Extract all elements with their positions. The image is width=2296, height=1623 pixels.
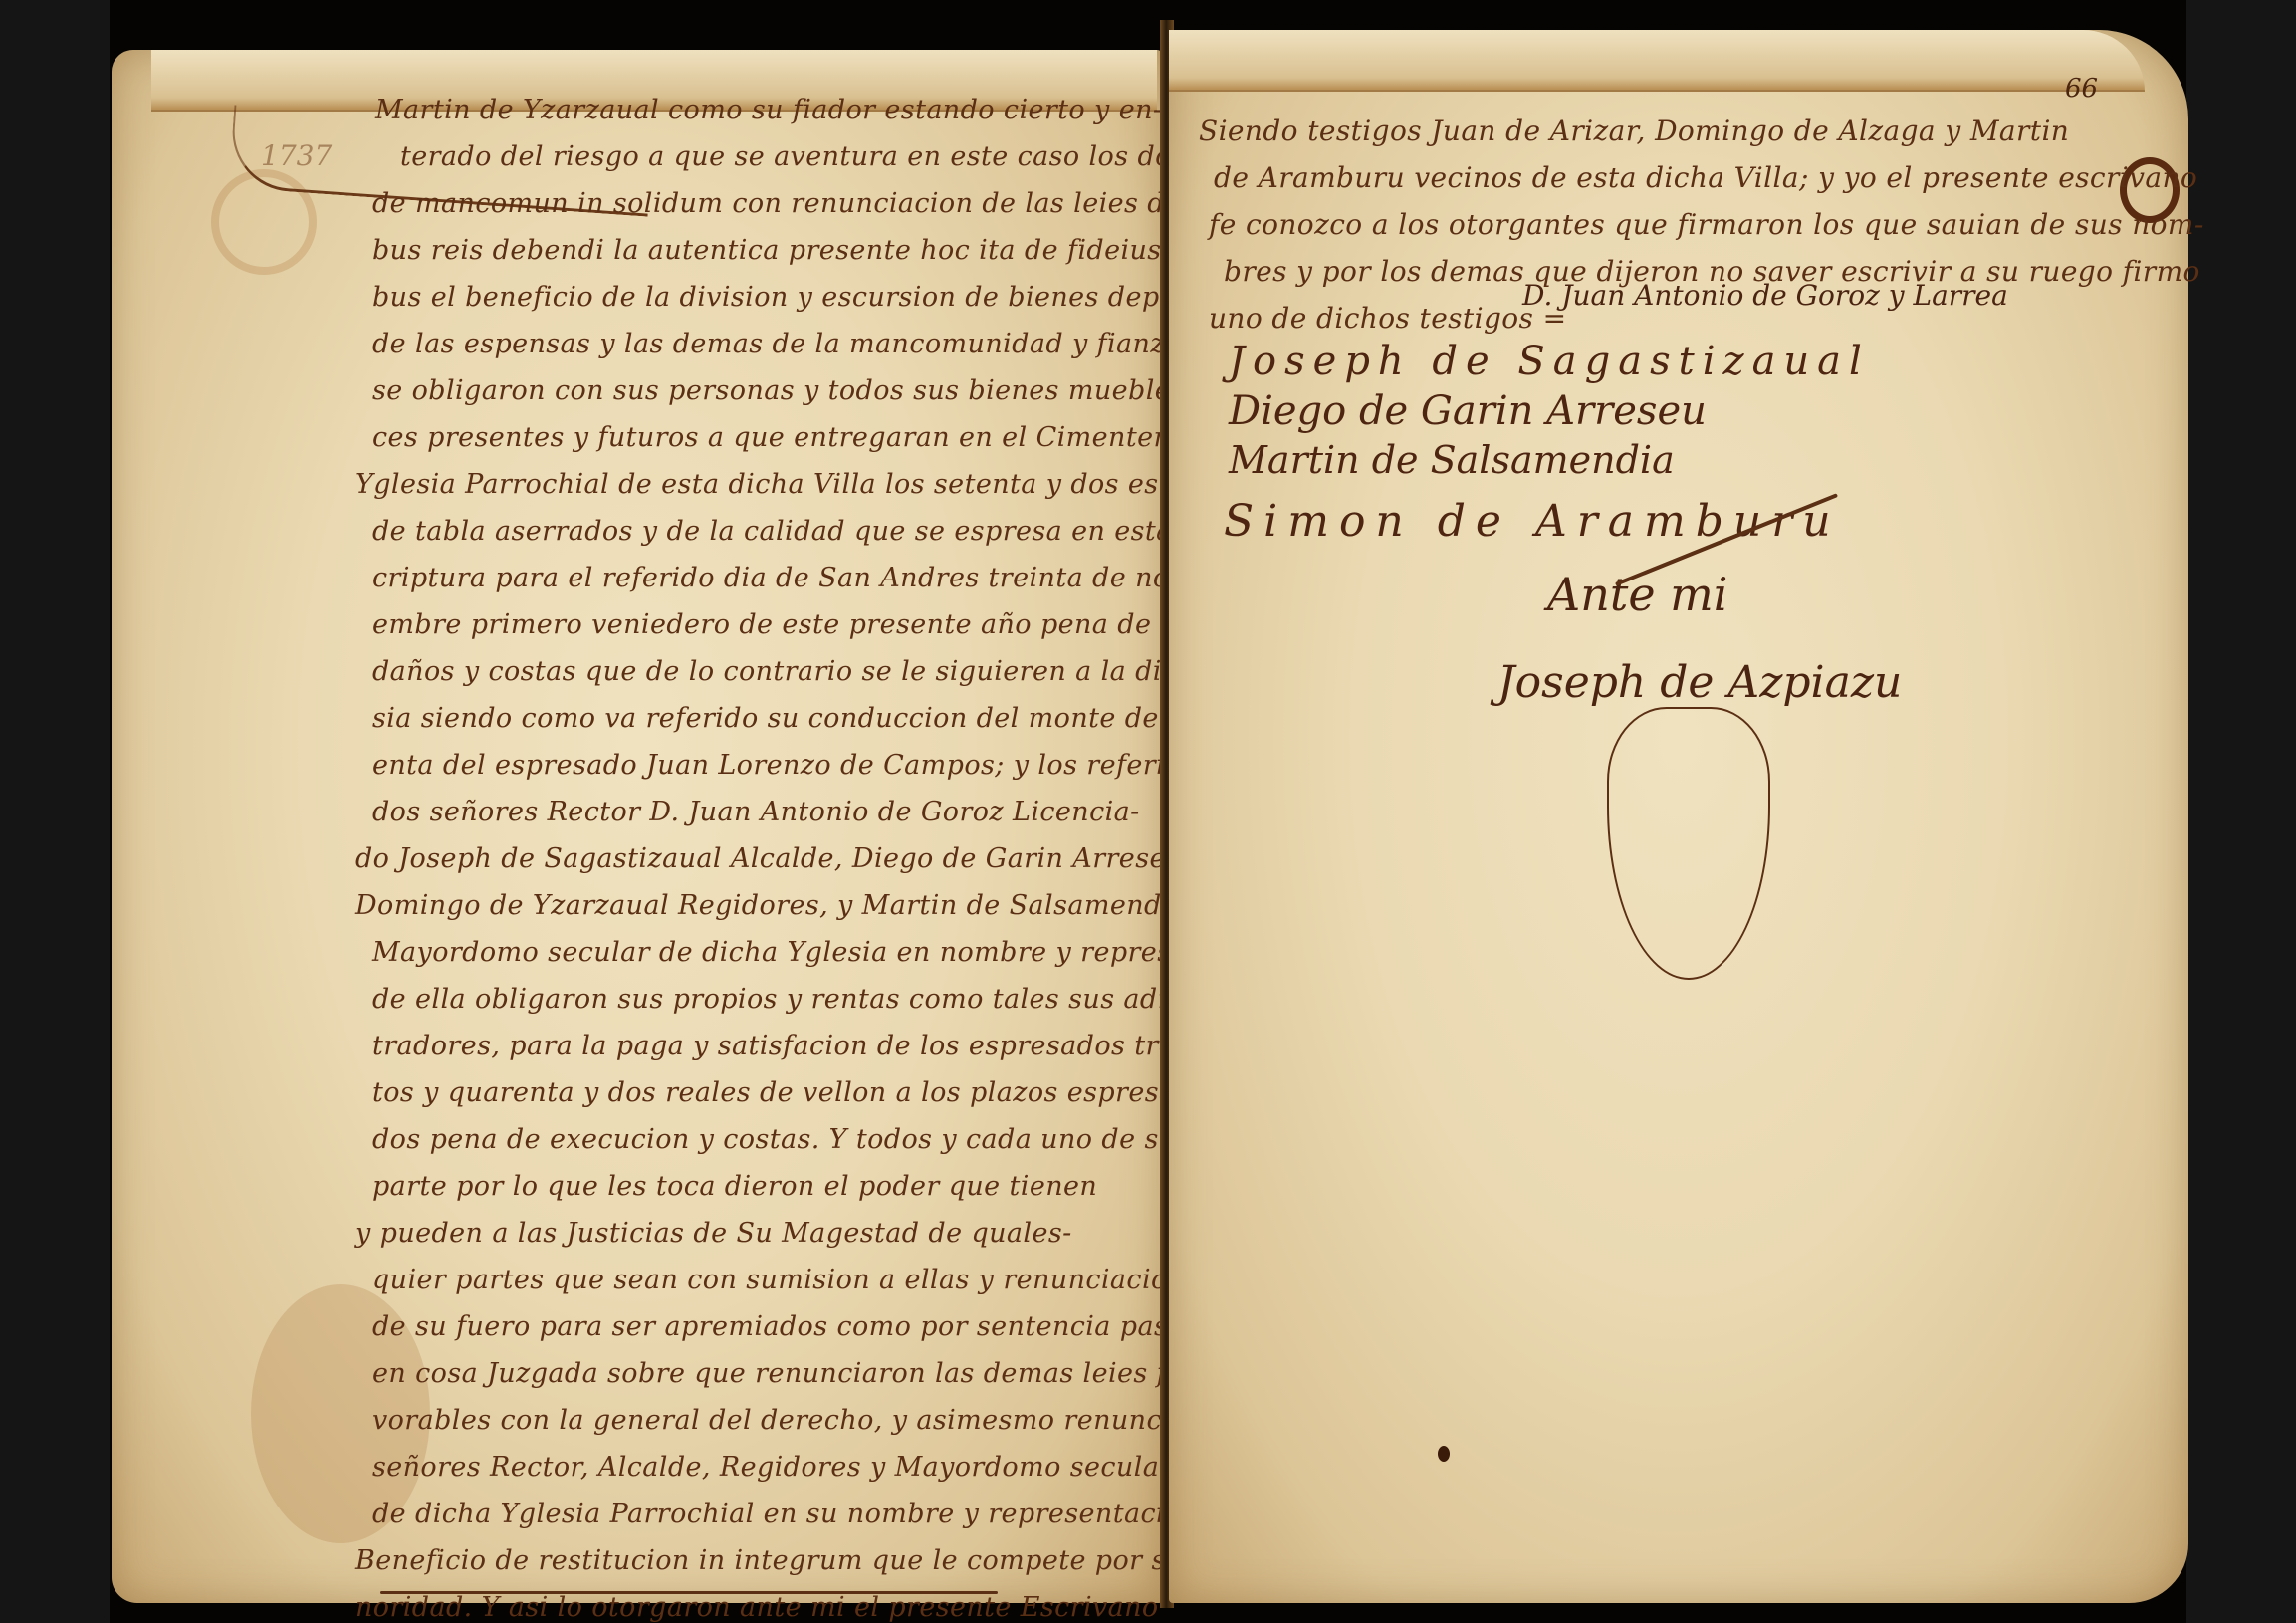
signature-garin: Diego de Garin Arreseu	[1229, 388, 1707, 434]
manuscript-line: de tabla aserrados y de la calidad que s…	[372, 516, 1222, 547]
manuscript-line: uno de dichos testigos =	[1209, 302, 1566, 335]
manuscript-line: tos y quarenta y dos reales de vellon a …	[372, 1077, 1185, 1108]
manuscript-line: Martin de Yzarzaual como su fiador estan…	[375, 95, 1162, 125]
manuscript-line: Beneficio de restitucion in integrum que…	[355, 1545, 1244, 1576]
manuscript-line: dos señores Rector D. Juan Antonio de Go…	[372, 797, 1140, 827]
signature-aramburu: Simon de Aramburu	[1224, 496, 1841, 547]
closing-rule-line	[380, 1591, 998, 1594]
folio-number: 66	[2065, 74, 2098, 104]
manuscript-line: fe conozco a los otorgantes que firmaron…	[1209, 208, 2204, 241]
left-background-bar	[0, 0, 110, 1623]
manuscript-line: bus el beneficio de la division y escurs…	[372, 282, 1227, 313]
manuscript-line: en cosa Juzgada sobre que renunciaron la…	[372, 1358, 1193, 1389]
manuscript-line: de las espensas y las demas de la mancom…	[372, 329, 1181, 359]
manuscript-line: noridad. Y asi lo otorgaron ante mi el p…	[355, 1592, 1159, 1623]
manuscript-line: bus reis debendi la autentica presente h…	[372, 235, 1224, 266]
notary-signature: Joseph de Azpiazu	[1497, 657, 1902, 708]
manuscript-line: daños y costas que de lo contrario se le…	[372, 656, 1290, 687]
witness-signature: D. Juan Antonio de Goroz y Larrea	[1522, 279, 2008, 312]
manuscript-line: de mancomun in solidum con renunciacion …	[372, 188, 1252, 219]
right-background-bar	[2186, 0, 2296, 1623]
manuscript-line: de Aramburu vecinos de esta dicha Villa;…	[1214, 161, 2197, 194]
manuscript-line: parte por lo que les toca dieron el pode…	[372, 1171, 1097, 1202]
manuscript-line: de su fuero para ser apremiados como por…	[372, 1311, 1219, 1342]
manuscript-line: señores Rector, Alcalde, Regidores y May…	[372, 1452, 1173, 1483]
manuscript-line: de dicha Yglesia Parrochial en su nombre…	[372, 1499, 1234, 1529]
manuscript-line: quier partes que sean con sumision a ell…	[372, 1265, 1185, 1295]
manuscript-line: Yglesia Parrochial de esta dicha Villa l…	[355, 469, 1235, 500]
manuscript-line: se obligaron con sus personas y todos su…	[372, 375, 1266, 406]
manuscript-line: sia siendo como va referido su conduccio…	[372, 703, 1211, 734]
manuscript-line: do Joseph de Sagastizaual Alcalde, Diego…	[355, 843, 1184, 874]
manuscript-line: enta del espresado Juan Lorenzo de Campo…	[372, 750, 1175, 781]
open-manuscript-volume: 1737 Martin de Yzarzaual como su fiador …	[112, 20, 2187, 1613]
notary-rubric-flourish	[1607, 707, 1770, 980]
signature-sagastizaual: Joseph de Sagastizaual	[1229, 339, 1870, 384]
right-top-fold	[1169, 30, 2145, 92]
manuscript-line: y pueden a las Justicias de Su Magestad …	[355, 1218, 1072, 1249]
manuscript-line: Domingo de Yzarzaual Regidores, y Martin…	[355, 890, 1187, 921]
manuscript-line: terado del riesgo a que se aventura en e…	[400, 141, 1281, 172]
left-folio: 1737 Martin de Yzarzaual como su fiador …	[112, 50, 1163, 1603]
manuscript-line: de ella obligaron sus propios y rentas c…	[372, 984, 1243, 1015]
right-folio: 66 Siendo testigos Juan de Arizar, Domin…	[1169, 30, 2188, 1603]
manuscript-line: tradores, para la paga y satisfacion de …	[372, 1031, 1228, 1061]
manuscript-line: ces presentes y futuros a que entregaran…	[372, 422, 1269, 453]
signature-salsamendia: Martin de Salsamendia	[1229, 438, 1675, 482]
manuscript-line: Mayordomo secular de dicha Yglesia en no…	[372, 937, 1291, 968]
ink-blot	[1438, 1446, 1450, 1462]
manuscript-line: dos pena de execucion y costas. Y todos …	[372, 1124, 1176, 1155]
manuscript-line: embre primero veniedero de este presente…	[372, 609, 1271, 640]
manuscript-line: Siendo testigos Juan de Arizar, Domingo …	[1199, 115, 2069, 147]
manuscript-line: criptura para el referido dia de San And…	[372, 563, 1204, 593]
